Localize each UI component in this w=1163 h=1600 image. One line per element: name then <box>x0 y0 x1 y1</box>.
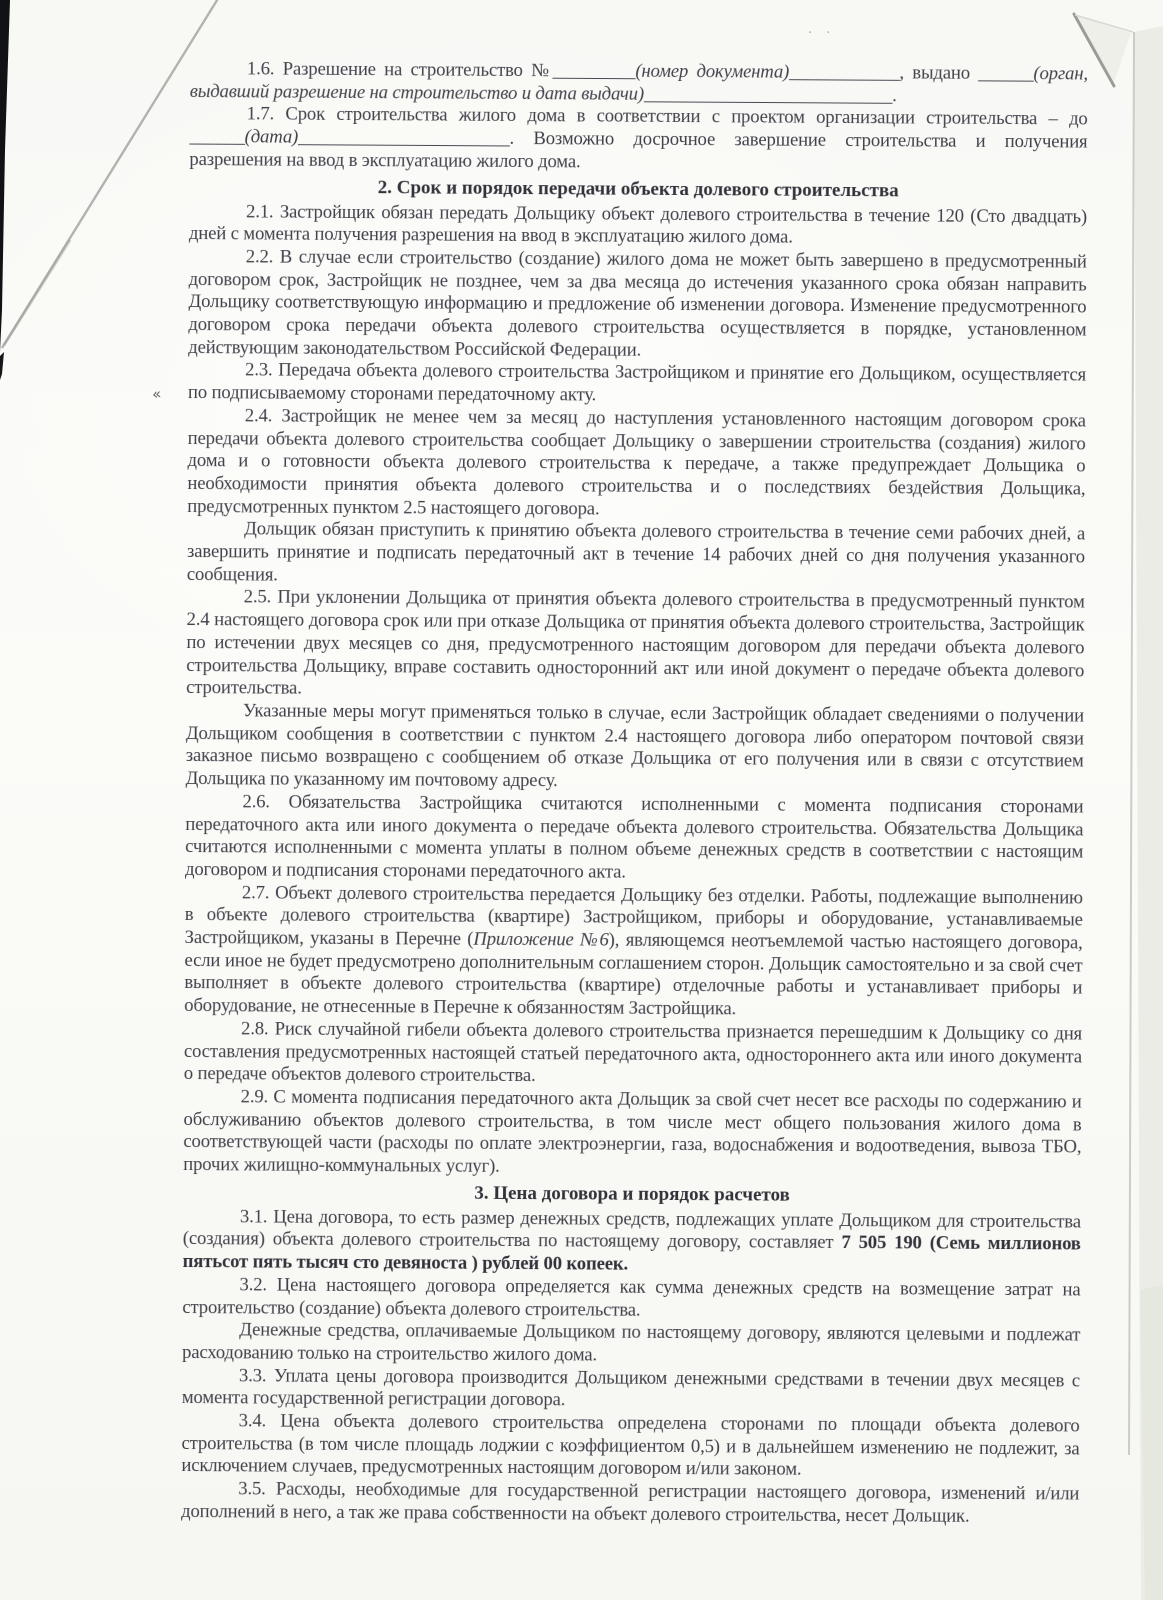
text-run: _______________________. Возможно досроч… <box>189 127 1087 172</box>
text-run: Дольщик обязан приступить к принятию объ… <box>187 519 1085 586</box>
clause-3-4: 3.4. Цена объекта долевого строительства… <box>181 1410 1079 1484</box>
text-run: 3.3. Уплата цены договора производится Д… <box>182 1365 1080 1411</box>
clause-2-9: 2.9. С момента подписания передаточного … <box>183 1086 1082 1182</box>
clause-1-6: 1.6. Разрешение на строительство №______… <box>190 58 1088 109</box>
page-right-edge-line <box>1129 32 1134 1455</box>
document-body: 1.6. Разрешение на строительство №______… <box>181 58 1088 1529</box>
heading-section-3: 3. Цена договора и порядок расчетов <box>183 1180 1081 1208</box>
text-run: ___________________________. <box>644 83 897 106</box>
text-run: 2.5. При уклонении Дольщика от принятия … <box>186 587 1085 699</box>
text-run: 2.6. Обязательства Застройщика считаются… <box>185 791 1084 882</box>
scanned-contract-page: « · · 1.6. Разрешение на строительство №… <box>0 0 1163 1600</box>
clause-2-5: 2.5. При уклонении Дольщика от принятия … <box>186 586 1085 705</box>
clause-3-3: 3.3. Уплата цены договора производится Д… <box>182 1365 1080 1416</box>
text-run: Указанные меры могут применяться только … <box>186 700 1085 791</box>
scan-artifact-corner-mark: « <box>151 384 163 403</box>
text-run: 2.2. В случае если строительство (создан… <box>188 246 1087 360</box>
text-run: 3. Цена договора и порядок расчетов <box>474 1183 790 1206</box>
clause-2-4-continuation: Дольщик обязан приступить к принятию объ… <box>187 518 1085 592</box>
text-run: 2.9. С момента подписания передаточного … <box>183 1086 1082 1177</box>
text-run: 2.4. Застройщик не менее чем за месяц до… <box>187 405 1086 519</box>
text-run: 3.5. Расходы, необходимые для государств… <box>181 1479 1079 1527</box>
scanner-black-speck <box>0 352 4 380</box>
text-run: 2.3. Передача объекта долевого строитель… <box>188 360 1086 406</box>
text-run: 1.6. Разрешение на строительство №______… <box>247 58 636 81</box>
text-run: ____________, выдано ______ <box>789 62 1033 84</box>
fold-top-edge-line <box>1075 15 1133 32</box>
text-run: Приложение №6 <box>473 929 608 951</box>
page-corner-shadow-line-dark <box>4 240 70 345</box>
clause-2-8: 2.8. Риск случайной гибели объекта долев… <box>184 1018 1082 1092</box>
clause-2-4: 2.4. Застройщик не менее чем за месяц до… <box>187 405 1086 524</box>
text-run: 2. Срок и порядок передачи объекта долев… <box>378 177 899 201</box>
clause-2-5-continuation: Указанные меры могут применяться только … <box>186 700 1085 796</box>
text-run: (дата) <box>245 126 299 147</box>
scan-artifact-top-dots: · · <box>808 26 835 41</box>
clause-1-7: 1.7. Срок строительства жилого дома в со… <box>189 103 1087 177</box>
clause-3-2: 3.2. Цена настоящего договора определяет… <box>182 1274 1080 1325</box>
clause-2-1: 2.1. Застройщик обязан передать Дольщику… <box>189 201 1087 252</box>
text-run: 2.8. Риск случайной гибели объекта долев… <box>184 1018 1082 1086</box>
heading-section-2: 2. Срок и порядок передачи объекта долев… <box>189 175 1087 203</box>
underlying-page-strip <box>1134 26 1163 1600</box>
text-run: 2.1. Застройщик обязан передать Дольщику… <box>189 201 1087 248</box>
clause-3-2-continuation: Денежные средства, оплачиваемые Дольщико… <box>182 1319 1080 1370</box>
text-run: 3.2. Цена настоящего договора определяет… <box>182 1274 1080 1320</box>
scanner-black-strip <box>0 0 10 352</box>
clause-2-2: 2.2. В случае если строительство (создан… <box>188 246 1087 365</box>
clause-2-7: 2.7. Объект долевого строительства перед… <box>184 882 1083 1024</box>
underlying-page-tint <box>1140 1285 1163 1600</box>
clause-3-1: 3.1. Цена договора, то есть размер денеж… <box>183 1206 1081 1280</box>
text-run: Денежные средства, оплачиваемые Дольщико… <box>182 1320 1080 1366</box>
clause-3-5: 3.5. Расходы, необходимые для государств… <box>181 1478 1079 1529</box>
text-run: 3.4. Цена объекта долевого строительства… <box>181 1410 1079 1480</box>
clause-2-3: 2.3. Передача объекта долевого строитель… <box>188 359 1086 410</box>
clause-2-6: 2.6. Обязательства Застройщика считаются… <box>185 791 1084 887</box>
text-run: (номер документа) <box>635 61 789 83</box>
page-corner-shadow-line <box>2 0 219 348</box>
